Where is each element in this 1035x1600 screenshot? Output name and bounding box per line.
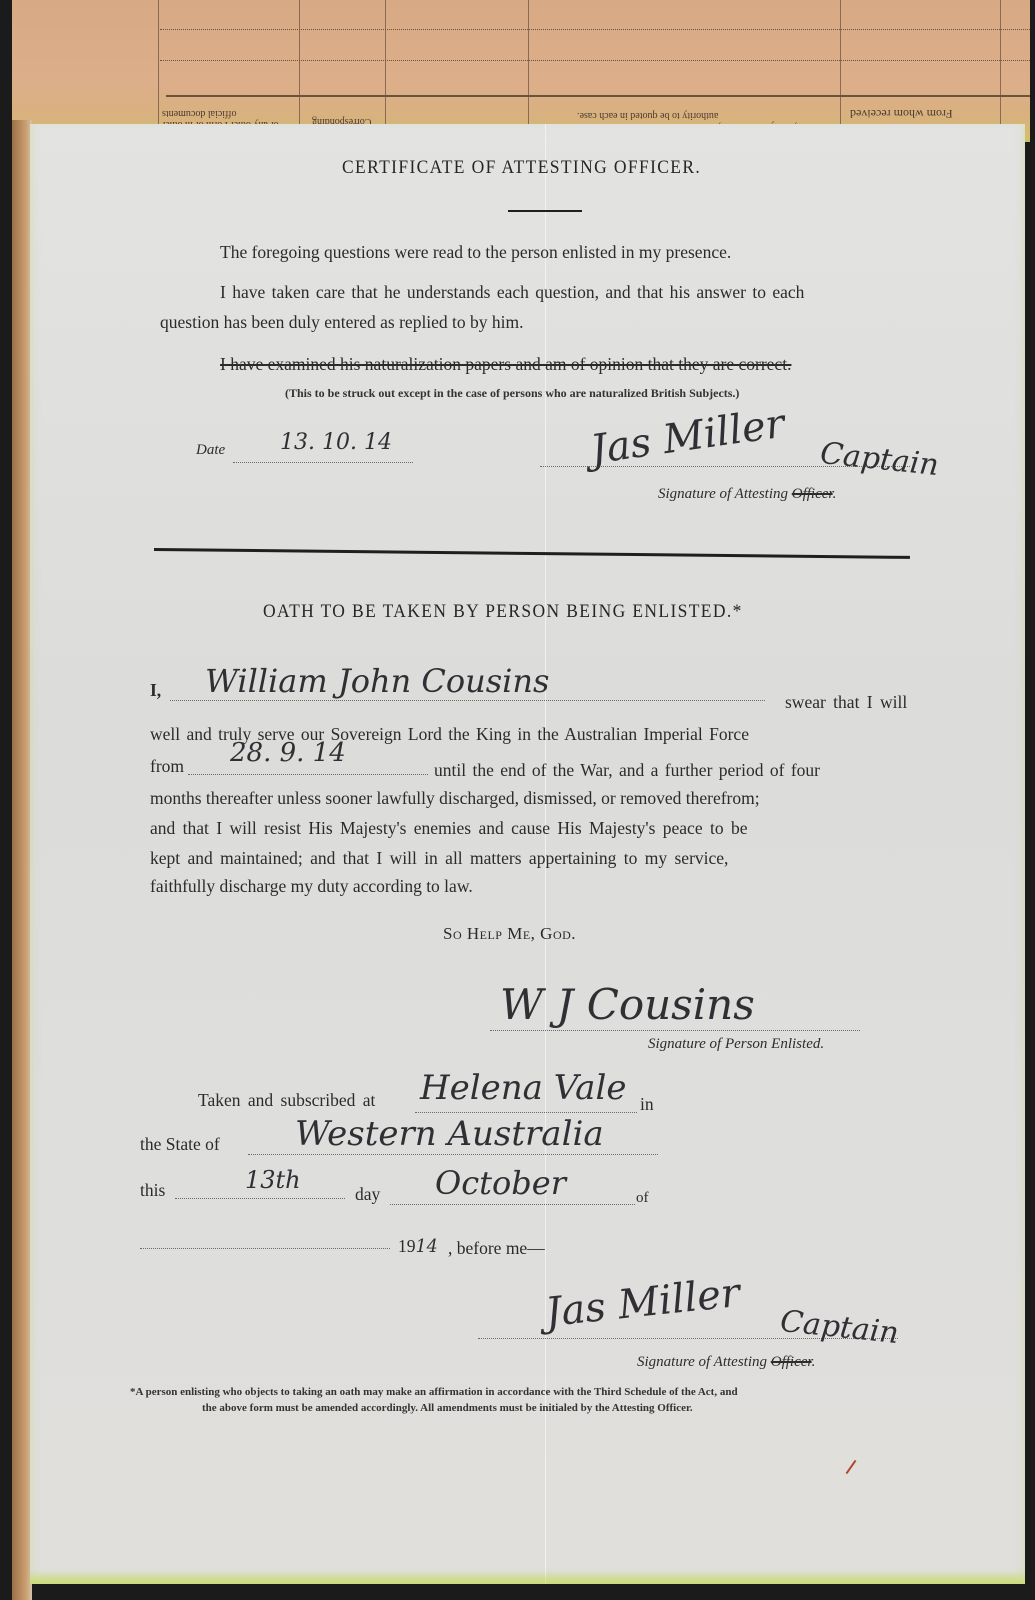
so-help-me-god: So Help Me, God. [443, 924, 576, 944]
signature-of-attesting-officer-caption-2: Signature of Attesting Officer. [637, 1354, 815, 1371]
attestation-page: CERTIFICATE OF ATTESTING OFFICER. The fo… [30, 124, 1025, 1584]
year-value: 1914 [398, 1236, 438, 1257]
footnote-line-1: *A person enlisting who objects to takin… [130, 1386, 738, 1398]
in-label: in [640, 1094, 654, 1115]
column-divider [1000, 0, 1001, 140]
date-value: 13. 10. 14 [280, 430, 392, 455]
officer-rank-2: Captain [778, 1304, 900, 1351]
enlistee-name: William John Cousins [205, 662, 549, 700]
oath-line-7: faithfully discharge my duty according t… [150, 876, 473, 897]
date-field-line [233, 462, 413, 463]
state-label: the State of [140, 1134, 220, 1155]
state-value: Western Australia [295, 1114, 604, 1154]
day-label: day [355, 1184, 380, 1205]
oath-line-4: months thereafter unless sooner lawfully… [150, 788, 760, 809]
from-date: 28. 9. 14 [230, 738, 346, 768]
row-line [160, 29, 1030, 30]
year-lead-line [140, 1248, 390, 1249]
officer-signature: Jas Miller [588, 401, 788, 474]
enlistee-name-line [170, 700, 765, 701]
title-underline [508, 210, 582, 212]
of-label: of [636, 1190, 649, 1207]
signature-of-attesting-officer-caption: Signature of Attesting Officer. [658, 486, 836, 503]
certificate-line-2a: I have taken care that he understands ea… [220, 282, 804, 303]
section-divider [154, 548, 910, 559]
swear-text: swear that I will [785, 692, 907, 713]
column-divider [840, 0, 841, 140]
signature-of-person-enlisted-caption: Signature of Person Enlisted. [648, 1036, 824, 1053]
certificate-line-1: The foregoing questions were read to the… [220, 242, 731, 263]
red-mark [846, 1460, 857, 1474]
column-divider [158, 0, 159, 140]
day-line [175, 1198, 345, 1199]
oath-title: OATH TO BE TAKEN BY PERSON BEING ENLISTE… [263, 601, 743, 623]
back-form-strip: From whom received B. 213, Army Form A. … [12, 0, 1030, 142]
oath-line-5: and that I will resist His Majesty's ene… [150, 818, 747, 839]
enlistee-signature: W J Cousins [500, 980, 755, 1029]
row-line [166, 95, 1030, 97]
certificate-title: CERTIFICATE OF ATTESTING OFFICER. [342, 157, 701, 179]
footnote-line-2: the above form must be amended according… [202, 1402, 693, 1414]
officer-rank: Captain [818, 436, 940, 483]
this-label: this [140, 1180, 165, 1201]
column-divider [385, 0, 386, 140]
oath-line-6: kept and maintained; and that I will in … [150, 848, 728, 869]
row-line [160, 60, 1030, 61]
before-me: , before me— [448, 1238, 545, 1259]
header-from-whom-received: From whom received [850, 108, 953, 119]
oath-line-3: until the end of the War, and a further … [434, 760, 820, 781]
certificate-line-2b: question has been duly entered as replie… [160, 312, 524, 333]
place-value: Helena Vale [420, 1068, 626, 1108]
from-date-line [188, 774, 428, 775]
month-value: October [435, 1164, 566, 1202]
month-line [390, 1204, 635, 1205]
oath-pronoun: I, [150, 680, 161, 701]
column-divider [299, 0, 300, 140]
state-line [248, 1154, 658, 1155]
enlistee-signature-line [490, 1030, 860, 1031]
officer-signature-2: Jas Miller [543, 1270, 742, 1336]
taken-subscribed-label: Taken and subscribed at [198, 1090, 375, 1111]
column-divider [528, 0, 529, 140]
back-page-left-edge [12, 120, 32, 1600]
place-line [415, 1112, 637, 1113]
from-label: from [150, 756, 184, 777]
day-value: 13th [245, 1166, 301, 1194]
strike-note: (This to be struck out except in the cas… [285, 386, 739, 401]
struck-naturalization-line: I have examined his naturalization paper… [220, 354, 791, 375]
date-label: Date [196, 442, 225, 459]
